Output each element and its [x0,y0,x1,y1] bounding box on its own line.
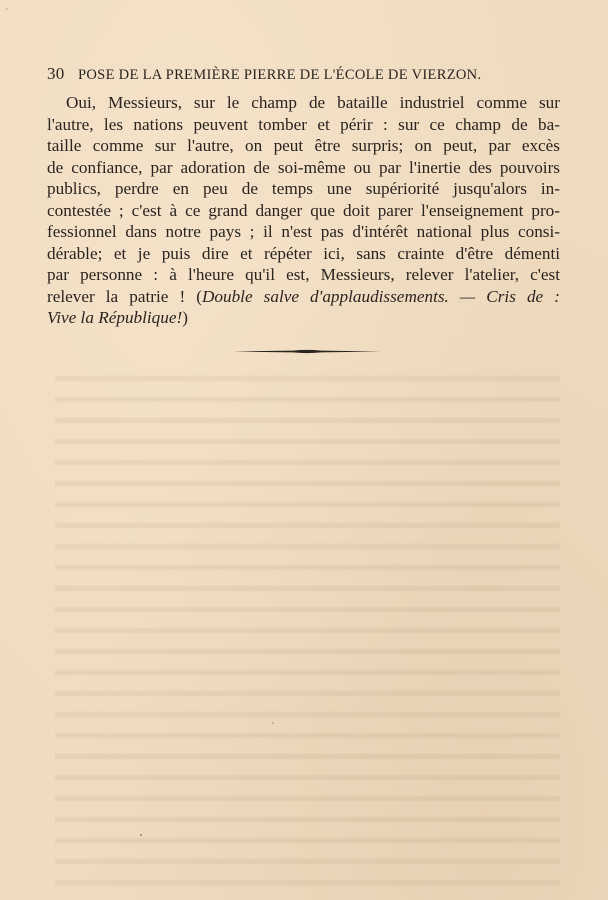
text-line: l'autre, les nations peuvent tomber et p… [47,114,560,136]
text-line: de confiance, par adoration de soi-même … [47,157,560,179]
text-line-mixed: relever la patrie ! (Double salve d'appl… [47,286,560,308]
section-divider-ornament [233,349,381,354]
reverse-side-bleed-through [55,365,560,895]
text-line: contestée ; c'est à ce grand danger que … [47,200,560,222]
closing-paren: ) [182,308,188,327]
page-number: 30 [47,64,64,84]
text-roman: relever la patrie ! ( [47,287,202,306]
text-line: fessionnel dans notre pays ; il n'est pa… [47,221,560,243]
stage-direction-italic: Vive la République! [47,308,182,327]
text-line: taille comme sur l'autre, on peut être s… [47,135,560,157]
stage-direction-italic: Double salve d'applaudissements. — Cris … [202,287,560,306]
paper-speck [6,8,8,10]
text-line-last: Vive la République!) [47,307,560,329]
running-head: 30 POSE DE LA PREMIÈRE PIERRE DE L'ÉCOLE… [47,64,562,86]
paper-speck [140,834,142,836]
text-line: par personne : à l'heure qu'il est, Mess… [47,264,560,286]
text-line: Oui, Messieurs, sur le champ de bataille… [47,92,560,114]
body-paragraph: Oui, Messieurs, sur le champ de bataille… [47,92,560,329]
book-page: 30 POSE DE LA PREMIÈRE PIERRE DE L'ÉCOLE… [0,0,608,900]
text-line: publics, perdre en peu de temps une supé… [47,178,560,200]
paper-speck [272,722,274,724]
running-head-title: POSE DE LA PREMIÈRE PIERRE DE L'ÉCOLE DE… [78,67,481,84]
text-line: dérable; et je puis dire et répéter ici,… [47,243,560,265]
divider-rule-icon [233,349,381,354]
